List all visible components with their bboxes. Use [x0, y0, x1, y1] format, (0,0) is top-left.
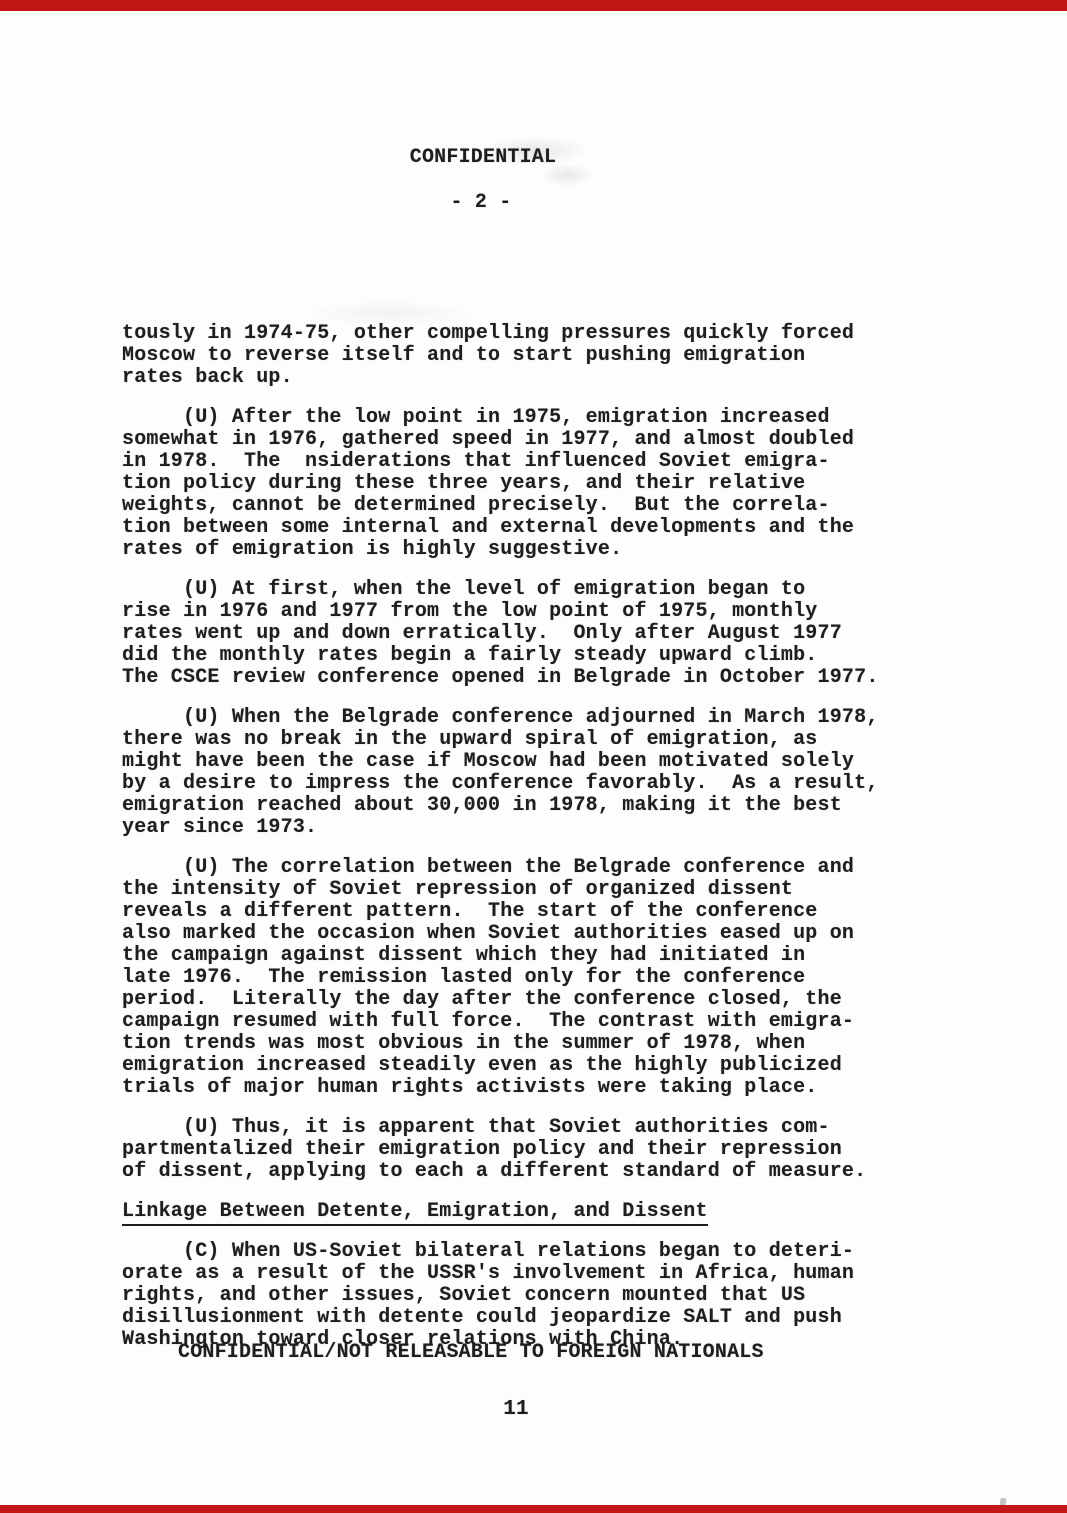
text-line: emigration reached about 30,000 in 1978,…: [122, 795, 922, 817]
text-line: The CSCE review conference opened in Bel…: [122, 667, 922, 689]
text-line: rates of emigration is highly suggestive…: [122, 539, 922, 561]
text-line: (U) At first, when the level of emigrati…: [122, 579, 922, 601]
text-line: campaign resumed with full force. The co…: [122, 1011, 922, 1033]
section-heading-text: Linkage Between Detente, Emigration, and…: [122, 1200, 708, 1226]
classification-header: CONFIDENTIAL: [410, 146, 556, 169]
page-number-header: - 2 -: [450, 191, 511, 214]
classification-footer: CONFIDENTIAL/NOT RELEASABLE TO FOREIGN N…: [178, 1341, 764, 1364]
text-line: period. Literally the day after the conf…: [122, 989, 922, 1011]
text-line: reveals a different pattern. The start o…: [122, 901, 922, 923]
page-number-footer: 11: [503, 1398, 529, 1421]
text-line: the intensity of Soviet repression of or…: [122, 879, 922, 901]
section-heading: Linkage Between Detente, Emigration, and…: [122, 1201, 922, 1223]
text-line: year since 1973.: [122, 817, 922, 839]
text-line: (U) The correlation between the Belgrade…: [122, 857, 922, 879]
text-line: the campaign against dissent which they …: [122, 945, 922, 967]
text-line: of dissent, applying to each a different…: [122, 1161, 922, 1183]
document-body: tously in 1974-75, other compelling pres…: [122, 257, 922, 1369]
text-line: tion between some internal and external …: [122, 517, 922, 539]
text-line: late 1976. The remission lasted only for…: [122, 967, 922, 989]
text-line: rise in 1976 and 1977 from the low point…: [122, 601, 922, 623]
text-line: orate as a result of the USSR's involvem…: [122, 1263, 922, 1285]
text-line: (U) When the Belgrade conference adjourn…: [122, 707, 922, 729]
text-line: disillusionment with detente could jeopa…: [122, 1307, 922, 1329]
text-line: did the monthly rates begin a fairly ste…: [122, 645, 922, 667]
top-red-band: [0, 0, 1067, 11]
paragraph: (U) When the Belgrade conference adjourn…: [122, 707, 922, 839]
text-line: rates went up and down erratically. Only…: [122, 623, 922, 645]
text-line: by a desire to impress the conference fa…: [122, 773, 922, 795]
text-line: rights, and other issues, Soviet concern…: [122, 1285, 922, 1307]
text-line: Moscow to reverse itself and to start pu…: [122, 345, 922, 367]
document-page: CONFIDENTIAL - 2 - tously in 1974-75, ot…: [0, 0, 1067, 1513]
paragraph: (U) At first, when the level of emigrati…: [122, 579, 922, 689]
paragraph: (U) The correlation between the Belgrade…: [122, 857, 922, 1099]
text-line: also marked the occasion when Soviet aut…: [122, 923, 922, 945]
text-line: (C) When US-Soviet bilateral relations b…: [122, 1241, 922, 1263]
text-line: somewhat in 1976, gathered speed in 1977…: [122, 429, 922, 451]
paragraph: (U) Thus, it is apparent that Soviet aut…: [122, 1117, 922, 1183]
text-line: emigration increased steadily even as th…: [122, 1055, 922, 1077]
paragraph: tously in 1974-75, other compelling pres…: [122, 323, 922, 389]
text-line: (U) After the low point in 1975, emigrat…: [122, 407, 922, 429]
text-line: partmentalized their emigration policy a…: [122, 1139, 922, 1161]
text-line: in 1978. The nsiderations that influence…: [122, 451, 922, 473]
text-line: trials of major human rights activists w…: [122, 1077, 922, 1099]
paragraph: (C) When US-Soviet bilateral relations b…: [122, 1241, 922, 1351]
paragraph: (U) After the low point in 1975, emigrat…: [122, 407, 922, 561]
text-line: (U) Thus, it is apparent that Soviet aut…: [122, 1117, 922, 1139]
text-line: tion trends was most obvious in the summ…: [122, 1033, 922, 1055]
text-line: might have been the case if Moscow had b…: [122, 751, 922, 773]
text-line: weights, cannot be determined precisely.…: [122, 495, 922, 517]
bottom-red-band: [0, 1505, 1067, 1513]
text-line: rates back up.: [122, 367, 922, 389]
text-line: there was no break in the upward spiral …: [122, 729, 922, 751]
text-line: tously in 1974-75, other compelling pres…: [122, 323, 922, 345]
text-line: tion policy during these three years, an…: [122, 473, 922, 495]
